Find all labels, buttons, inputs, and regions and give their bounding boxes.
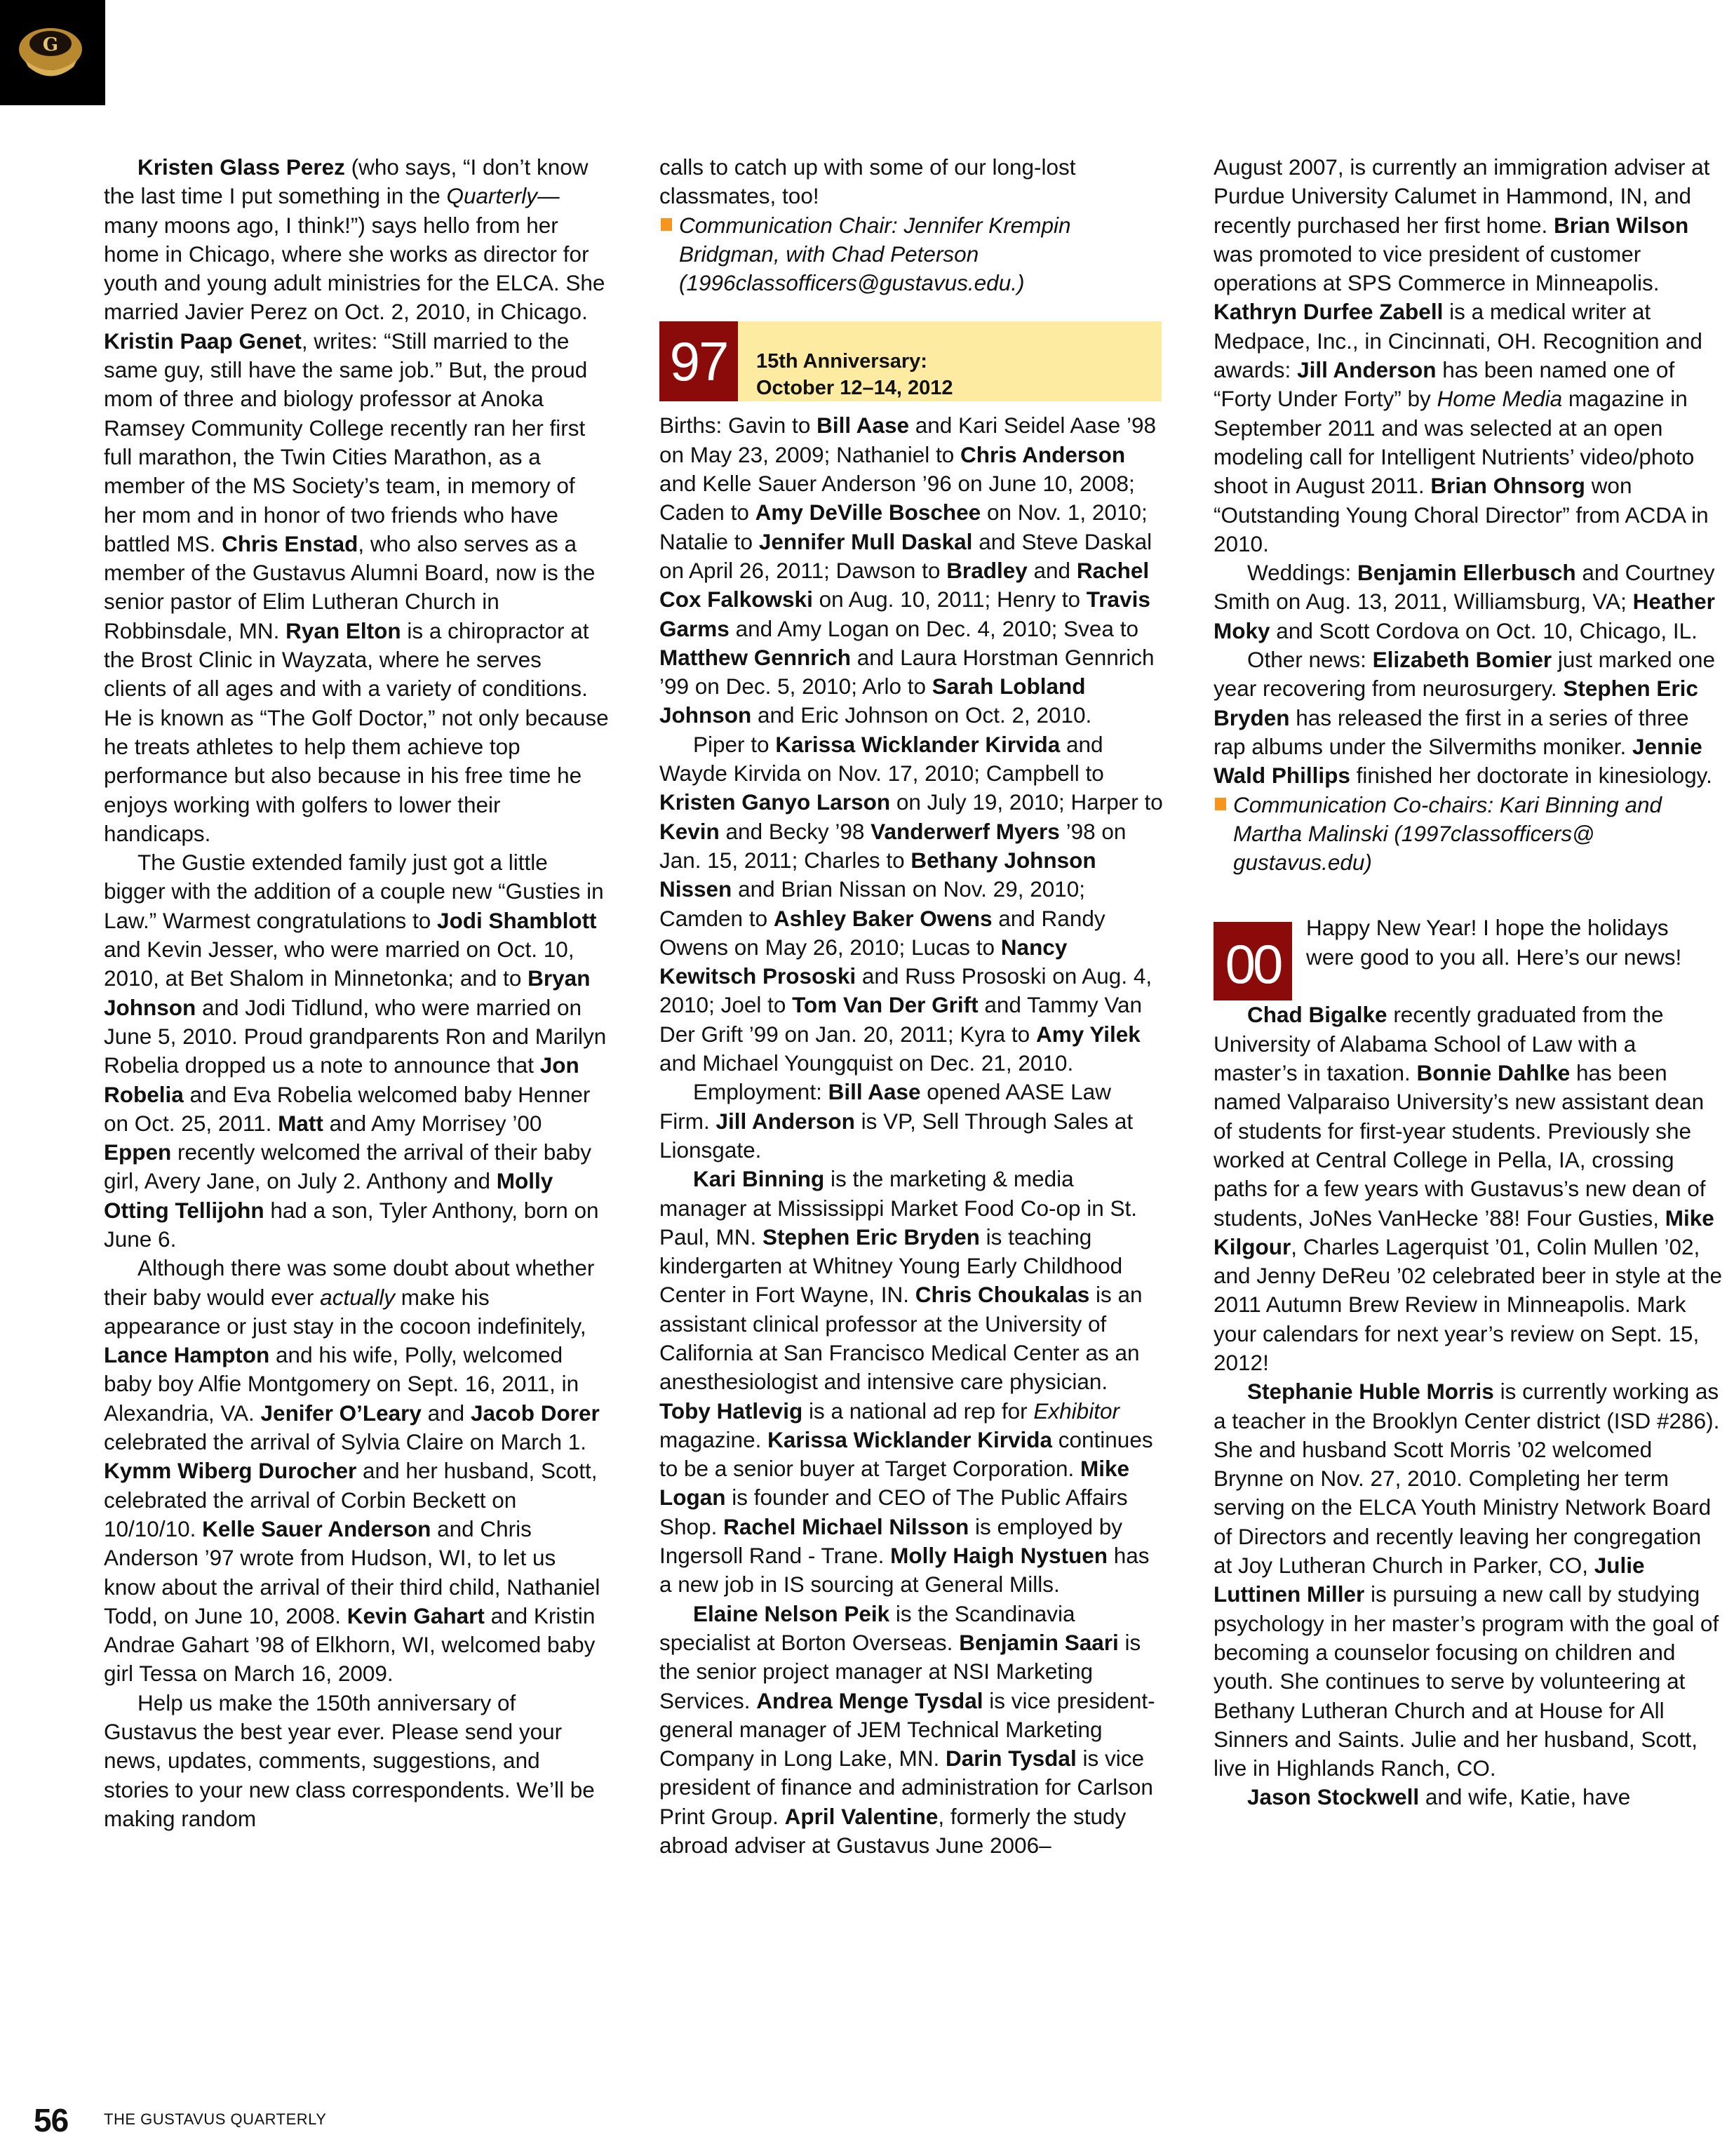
- body-text: , writes: “Still married to the same guy…: [104, 328, 587, 556]
- alumni-name: Ashley Baker Owens: [774, 906, 993, 931]
- alumni-name: April Valentine: [785, 1804, 939, 1829]
- body-text: was promoted to vice president of custom…: [1214, 241, 1660, 295]
- alumni-name: Chris Anderson: [960, 442, 1125, 467]
- alumni-name: Kristen Ganyo Larson: [659, 789, 890, 815]
- body-text: Other news:: [1247, 647, 1373, 672]
- alumni-name: Kevin Gahart: [347, 1603, 485, 1628]
- alumni-name: Jacob Dorer: [471, 1400, 600, 1426]
- body-text: is a national ad rep for: [802, 1398, 1033, 1424]
- class-2000-section: 00 Happy New Year! I hope the holidays w…: [1214, 913, 1722, 1000]
- alumni-name: Molly Haigh Nystuen: [890, 1543, 1108, 1568]
- alumni-name: Kari Binning: [693, 1166, 824, 1191]
- body-text: magazine.: [659, 1427, 767, 1452]
- bullet-square-icon: [1215, 798, 1226, 810]
- svg-text:G: G: [43, 34, 58, 55]
- body-text: calls to catch up with some of our long-…: [659, 154, 1076, 208]
- alumni-name: Toby Hatlevig: [659, 1398, 802, 1424]
- alumni-name: Andrea Menge Tysdal: [756, 1688, 983, 1713]
- alumni-name: Amy DeVille Boschee: [755, 500, 981, 525]
- alumni-name: Bill Aase: [828, 1079, 921, 1104]
- class-1996-contact-note: Communication Chair: Jennifer Krempin Br…: [659, 211, 1164, 298]
- paragraph: Stephanie Huble Morris is currently work…: [1214, 1377, 1722, 1783]
- paragraph: Kristen Glass Perez (who says, “I don’t …: [104, 153, 609, 848]
- alumni-name: Benjamin Ellerbusch: [1357, 560, 1576, 585]
- alumni-name: Jodi Shamblott: [437, 908, 597, 933]
- alumni-name: Matthew Gennrich: [659, 645, 851, 670]
- alumni-name: Kymm Wiberg Durocher: [104, 1458, 356, 1483]
- alumni-name: Amy Yilek: [1036, 1022, 1141, 1047]
- paragraph: Chad Bigalke recently graduated from the…: [1214, 1000, 1722, 1377]
- body-text: and Kevin Jesser, who were married on Oc…: [104, 937, 574, 991]
- column-3: August 2007, is currently an immigration…: [1214, 153, 1722, 1812]
- alumni-name: Eppen: [104, 1139, 171, 1165]
- alumni-name: Elizabeth Bomier: [1373, 647, 1552, 672]
- body-text: and wife, Katie, have: [1419, 1784, 1630, 1809]
- alumni-name: Kathryn Durfee Zabell: [1214, 299, 1443, 324]
- bullet-square-icon: [661, 218, 672, 231]
- alumni-name: Matt: [278, 1111, 323, 1136]
- paragraph: Piper to Karissa Wicklander Kirvida and …: [659, 730, 1164, 1078]
- alumni-name: Elaine Nelson Peik: [693, 1601, 889, 1626]
- alumni-name: Chris Choukalas: [915, 1282, 1090, 1307]
- class-1997-header: 97 15th Anniversary: October 12–14, 2012: [659, 321, 1162, 401]
- alumni-name: Brian Ohnsorg: [1430, 473, 1585, 498]
- alumni-name: Stephanie Huble Morris: [1247, 1379, 1494, 1404]
- alumni-name: Benjamin Saari: [959, 1630, 1119, 1655]
- body-text: and Eric Johnson on Oct. 2, 2010.: [751, 702, 1091, 728]
- alumni-name: Bradley: [946, 558, 1028, 583]
- italic-title: Home Media: [1437, 386, 1563, 411]
- paragraph: The Gustie extended family just got a li…: [104, 848, 609, 1254]
- class-year-badge: 00: [1214, 922, 1292, 1000]
- alumni-name: Karissa Wicklander Kirvida: [767, 1427, 1052, 1452]
- body-text: is a chiropractor at the Brost Clinic in…: [104, 618, 609, 846]
- alumni-name: Lance Hampton: [104, 1342, 269, 1367]
- alumni-name: Jill Anderson: [1297, 357, 1436, 382]
- alumni-name: Ryan Elton: [285, 618, 401, 643]
- body-text: and Amy Morrisey ’00: [323, 1111, 542, 1136]
- alumni-name: Darin Tysdal: [946, 1746, 1077, 1771]
- body-text: on July 19, 2010; Harper to: [890, 789, 1163, 815]
- alumni-name: Jenifer O’Leary: [261, 1400, 422, 1426]
- body-text: and Becky ’98: [720, 819, 871, 844]
- body-text: Piper to: [693, 732, 775, 757]
- body-text: is currently working as a teacher in the…: [1214, 1379, 1719, 1578]
- alumni-name: Jennifer Mull Daskal: [759, 529, 973, 554]
- alumni-name: Stephen Eric Bryden: [762, 1224, 980, 1250]
- anniversary-dates: October 12–14, 2012: [756, 375, 953, 401]
- alumni-name: Rachel Michael Nilsson: [723, 1514, 969, 1539]
- body-text: and Michael Youngquist on Dec. 21, 2010.: [659, 1050, 1073, 1076]
- alumni-name: Chad Bigalke: [1247, 1002, 1387, 1027]
- alumni-name: Kristen Glass Perez: [137, 154, 345, 180]
- body-text: Births: Gavin to: [659, 413, 816, 438]
- alumni-name: Kelle Sauer Anderson: [202, 1516, 431, 1541]
- body-text: Help us make the 150th anniversary of Gu…: [104, 1690, 595, 1831]
- body-text: Weddings:: [1247, 560, 1357, 585]
- italic-title: Exhibitor: [1033, 1398, 1120, 1424]
- body-text: and: [1028, 558, 1077, 583]
- paragraph: Help us make the 150th anniversary of Gu…: [104, 1689, 609, 1833]
- paragraph: Other news: Elizabeth Bomier just marked…: [1214, 645, 1722, 790]
- paragraph: Jason Stockwell and wife, Katie, have: [1214, 1783, 1722, 1812]
- alumni-name: Jason Stockwell: [1247, 1784, 1419, 1809]
- anniversary-title: 15th Anniversary: October 12–14, 2012: [756, 348, 953, 401]
- body-text: and Scott Cordova on Oct. 10, Chicago, I…: [1270, 618, 1698, 643]
- page-number: 56: [34, 2101, 68, 2139]
- column-2: calls to catch up with some of our long-…: [659, 153, 1164, 1860]
- note-text: Communication Co-chairs: Kari Binning an…: [1233, 792, 1662, 876]
- body-text: is pursuing a new call by studying psych…: [1214, 1581, 1719, 1781]
- italic-title: actually: [320, 1285, 395, 1310]
- paragraph: Employment: Bill Aase opened AASE Law Fi…: [659, 1078, 1164, 1165]
- paragraph: August 2007, is currently an immigration…: [1214, 153, 1722, 558]
- ring-icon: G: [0, 0, 105, 105]
- publication-title: THE GUSTAVUS QUARTERLY: [104, 2110, 326, 2129]
- alumni-name: Kevin: [659, 819, 720, 844]
- body-text: and Amy Logan on Dec. 4, 2010; Svea to: [730, 616, 1138, 641]
- paragraph: Births: Gavin to Bill Aase and Kari Seid…: [659, 411, 1164, 730]
- note-text: Communication Chair: Jennifer Krempin Br…: [679, 213, 1070, 296]
- alumni-name: Vanderwerf Myers: [871, 819, 1060, 844]
- paragraph: Although there was some doubt about whet…: [104, 1254, 609, 1688]
- gustavus-ring-logo: G: [0, 0, 105, 105]
- class-1997-contact-note: Communication Co-chairs: Kari Binning an…: [1214, 791, 1722, 878]
- body-text: on Aug. 10, 2011; Henry to: [813, 587, 1087, 612]
- body-text: celebrated the arrival of Sylvia Claire …: [104, 1429, 586, 1454]
- body-text: has been named Valparaiso University’s n…: [1214, 1060, 1706, 1230]
- body-text: and: [422, 1400, 471, 1426]
- alumni-name: Bill Aase: [816, 413, 909, 438]
- paragraph: Elaine Nelson Peik is the Scandinavia sp…: [659, 1600, 1164, 1861]
- class-year-badge: 97: [659, 321, 738, 401]
- alumni-name: Tom Van Der Grift: [792, 992, 978, 1017]
- alumni-name: Chris Enstad: [222, 531, 358, 556]
- paragraph: Weddings: Benjamin Ellerbusch and Courtn…: [1214, 558, 1722, 645]
- anniversary-label: 15th Anniversary:: [756, 348, 953, 375]
- paragraph: Kari Binning is the marketing & media ma…: [659, 1165, 1164, 1599]
- alumni-name: Brian Wilson: [1554, 213, 1688, 238]
- body-text: Employment:: [693, 1079, 828, 1104]
- italic-title: Quarterly: [447, 183, 538, 208]
- paragraph: calls to catch up with some of our long-…: [659, 153, 1164, 211]
- alumni-name: Bonnie Dahlke: [1416, 1060, 1570, 1085]
- alumni-name: Karissa Wicklander Kirvida: [775, 732, 1060, 757]
- body-text: finished her doctorate in kinesiology.: [1350, 763, 1712, 788]
- column-1: Kristen Glass Perez (who says, “I don’t …: [104, 153, 609, 1833]
- alumni-name: Kristin Paap Genet: [104, 328, 302, 354]
- alumni-name: Jill Anderson: [715, 1109, 854, 1134]
